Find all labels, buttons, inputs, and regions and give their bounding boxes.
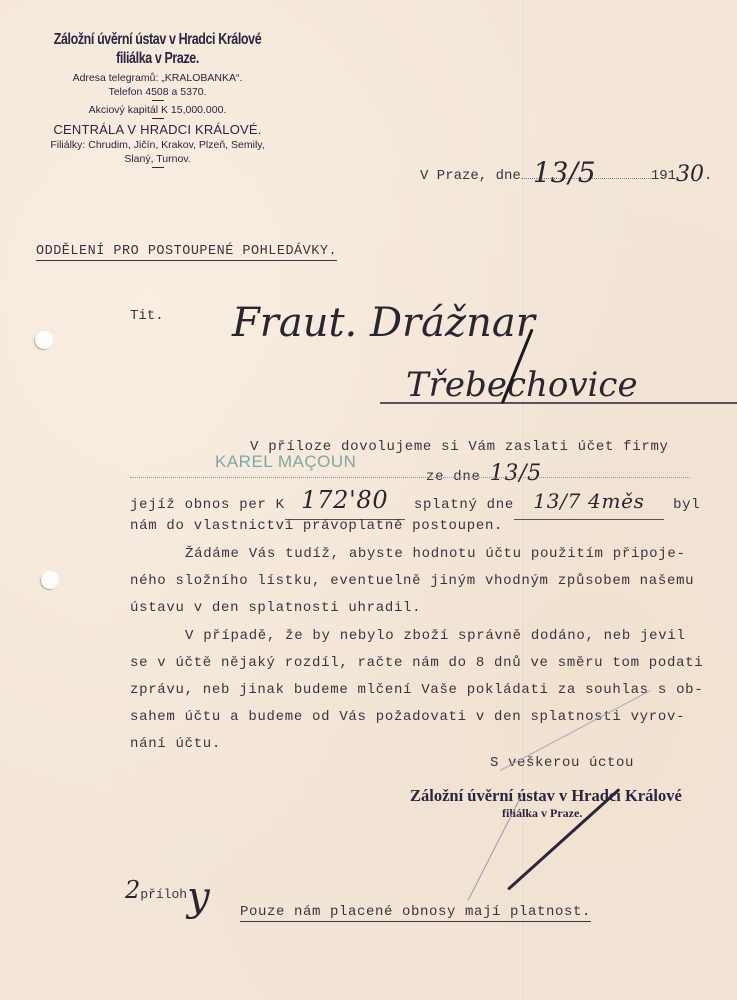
body-line-4: nám do vlastnictví právoplatně postoupen… [130,513,503,540]
letterhead-bank-name: Záložní úvěrní ústav v Hradci Králové [50,30,265,49]
para2-line-1: Žádáme Vás tudíž, abyste hodnotu účtu po… [185,541,686,568]
footer-note: Pouze nám placené obnosy mají platnost. [240,904,591,922]
para3-line-1: V případě, že by nebylo zboží správně do… [185,623,686,650]
letterhead-branch: filiálka v Praze. [50,49,265,68]
divider [152,167,164,168]
letterhead-capital: Akciový kapitál K 15,000.000. [20,103,295,117]
date-year-prefix: 191 [651,168,676,184]
line3-end: byl [673,497,700,513]
recipient-underline [380,402,737,404]
date-line: V Praze, dne13/519130. [420,160,712,185]
date-day-field: 13/5 [521,178,651,179]
para2-line-2: ného složního lístku, eventuelně jiným v… [130,568,694,595]
attachments-line: 2přílohy [125,862,210,908]
closing-bank-stamp: Záložní úvěrní ústav v Hradci Králové [410,786,682,806]
divider [152,118,164,119]
due-field: 13/7 4měs [514,488,664,520]
para3-line-4: sahem účtu a budeme od Vás požadovati v … [130,704,685,731]
letterhead-central: CENTRÁLA V HRADCI KRÁLOVÉ. [20,121,295,138]
letterhead-branches-2: Slaný, Turnov. [20,152,295,166]
para3-line-5: nání účtu. [130,731,221,758]
department-heading: ODDĚLENÍ PRO POSTOUPENÉ POHLEDÁVKY. [36,244,337,261]
due-handwritten: 13/7 4měs [533,489,644,513]
amount-label: jejíž obnos per K [130,497,285,513]
date-prefix: V Praze, dne [420,168,521,184]
letterhead-telegram: Adresa telegramů: „KRALOBANKA“. [20,71,295,85]
date-year-handwritten: 30 [676,162,704,187]
amount-handwritten: 172'80 [301,486,388,514]
salutation: Tit. [130,308,164,324]
divider [152,100,164,101]
letterhead: Záložní úvěrní ústav v Hradci Králové fi… [20,30,295,170]
recipient-place-handwritten: Třebechovice [406,365,638,405]
attachments-count-handwritten: 2 [125,876,140,904]
para3-line-2: se v účtě nějaký rozdíl, račte nám do 8 … [130,650,703,677]
letterhead-branches-1: Filiálky: Chrudim, Jičín, Krakov, Plzeň,… [20,138,295,152]
attachments-label: příloh [140,887,187,902]
para2-line-3: ústavu v den splatnosti uhradil. [130,595,421,622]
from-date-handwritten: 13/5 [490,461,542,486]
firm-stamp: KAREL MAÇOUN [215,452,356,472]
para3-line-3: zprávu, neb jinak budeme mlčení Vaše pok… [130,677,703,704]
letterhead-phone: Telefon 4508 a 5370. [20,85,295,99]
attachments-suffix-handwritten: y [187,874,210,920]
due-label: splatný dne [414,497,514,513]
date-day-handwritten: 13/5 [533,156,596,189]
punch-hole [35,331,53,349]
punch-hole [41,571,59,589]
dotted-line [130,477,690,478]
recipient-name-handwritten: Fraut. Drážnar [232,300,535,346]
